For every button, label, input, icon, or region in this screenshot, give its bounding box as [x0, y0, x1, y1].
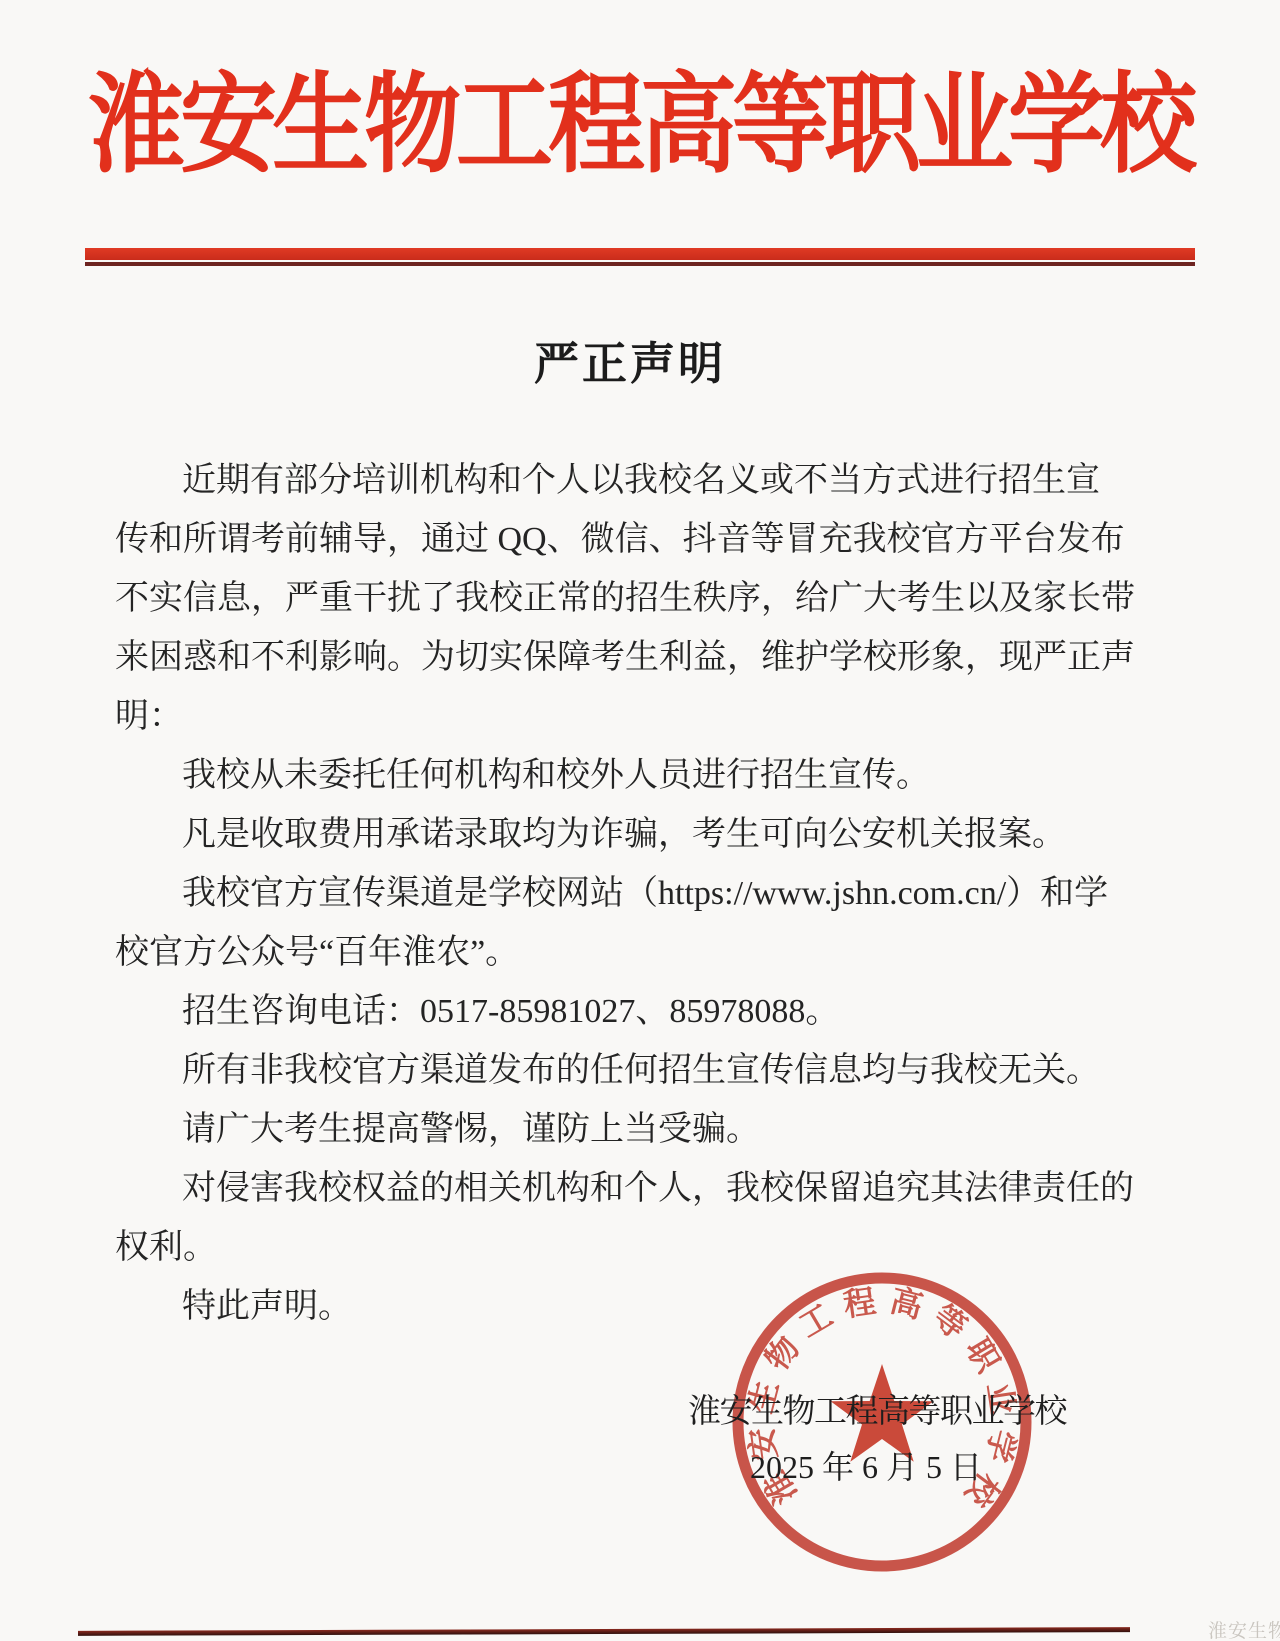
body-line: 所有非我校官方渠道发布的任何招生宣传信息均与我校无关。 [115, 1041, 1135, 1100]
document-page: 淮安生物工程高等职业学校 严正声明 近期有部分培训机构和个人以我校名义或不当方式… [0, 0, 1280, 1641]
body-line: 凡是收取费用承诺录取均为诈骗，考生可向公安机关报案。 [115, 805, 1135, 864]
signature-school-name: 淮安生物工程高等职业学校 [688, 1385, 1066, 1432]
body-line: 我校官方宣传渠道是学校网站（https://www.jshn.com.cn/）和… [115, 864, 1135, 923]
body-line: 明： [115, 687, 1135, 746]
body-line: 近期有部分培训机构和个人以我校名义或不当方式进行招生宣 [115, 451, 1135, 510]
statement-body: 近期有部分培训机构和个人以我校名义或不当方式进行招生宣传和所谓考前辅导，通过 Q… [115, 451, 1135, 1336]
body-line: 请广大考生提高警惕，谨防上当受骗。 [115, 1100, 1135, 1159]
body-line: 不实信息，严重干扰了我校正常的招生秩序，给广大考生以及家长带 [115, 569, 1135, 628]
body-line: 对侵害我校权益的相关机构和个人，我校保留追究其法律责任的 [115, 1159, 1135, 1218]
signature-date: 2025 年 6 月 5 日 [750, 1442, 982, 1488]
body-line: 招生咨询电话：0517-85981027、85978088。 [115, 982, 1135, 1041]
body-line: 校官方公众号“百年淮农”。 [115, 923, 1135, 982]
letterhead-rule-thin [85, 262, 1195, 266]
scan-footer-line [78, 1627, 1130, 1636]
corner-watermark: 淮安生物 [1208, 1616, 1280, 1641]
letterhead-rule-thick [85, 248, 1195, 260]
body-line: 我校从未委托任何机构和校外人员进行招生宣传。 [115, 746, 1135, 805]
statement-title: 严正声明 [0, 340, 1260, 388]
body-line: 传和所谓考前辅导，通过 QQ、微信、抖音等冒充我校官方平台发布 [115, 510, 1135, 569]
body-line: 来困惑和不利影响。为切实保障考生利益，维护学校形象，现严正声 [115, 628, 1135, 687]
school-letterhead-title: 淮安生物工程高等职业学校 [0, 58, 1280, 195]
